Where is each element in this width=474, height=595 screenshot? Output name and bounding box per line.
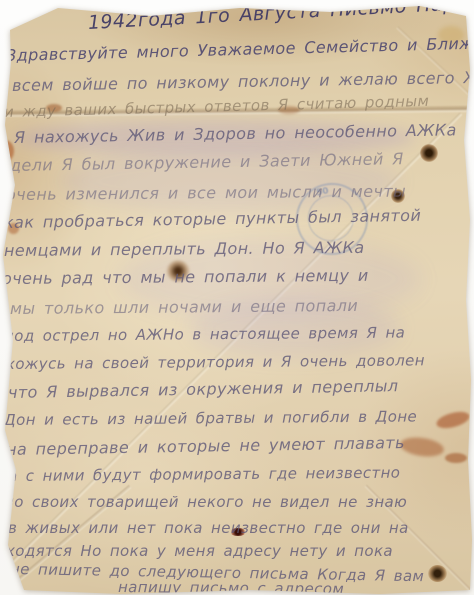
letter-line: напишу письмо с адресом [118,578,344,595]
letter-line: всем войше по низкому поклону и желаю вс… [12,67,474,95]
letter-line: но своих товарищей некого не видел не зн… [4,493,407,511]
letter-line: немцами и переплыть Дон. Но Я АЖКа [4,238,365,260]
letter-line: очень рад что мы не попали к немцу и [2,266,369,288]
letter-paper: 50 1942года 1го Августа Письмо НародикуЗ… [0,0,474,595]
letter-line: дели Я был вокружение и Заети Южней Я [10,149,404,175]
letter-text: 1942года 1го Августа Письмо НародикуЗдра… [0,0,474,595]
paper-shadow: 50 1942года 1го Августа Письмо НародикуЗ… [0,0,474,595]
letter-line: очень изменился и все мои мысли и мечты [6,182,406,204]
letter-line: и жду ваших быстрых ответов Я считаю род… [4,92,430,121]
letter-line: Я нахожусь Жив и Здоров но неособенно АЖ… [14,120,457,147]
letter-line: под острел но АЖНо в настоящее время Я н… [4,323,405,345]
letter-line: Дон и есть из нашей братвы и погибли в Д… [4,407,417,429]
letter-line: а с ними будут формировать где неизвестн… [8,464,401,485]
letter-scan: 50 1942года 1го Августа Письмо НародикуЗ… [0,0,474,595]
letter-date-line: 1942года 1го Августа Письмо Народику [87,0,474,34]
letter-line: в живых или нет пока неизвестно где они … [8,519,409,537]
letter-line: Здравствуйте много Уважаемое Семейство и… [6,33,474,65]
letter-line: ходятся Но пока у меня адресу нету и пок… [6,542,393,560]
letter-line: на переправе и которые не умеют плавать [6,433,405,459]
letter-line: хожусь на своей территория и Я очень дов… [6,351,425,373]
letter-line: что Я вырвался из окружения и переплыл [8,376,399,402]
letter-line: как пробраться которые пункты был занято… [4,206,421,232]
letter-line: мы только шли ночами и еще попали [10,296,358,318]
